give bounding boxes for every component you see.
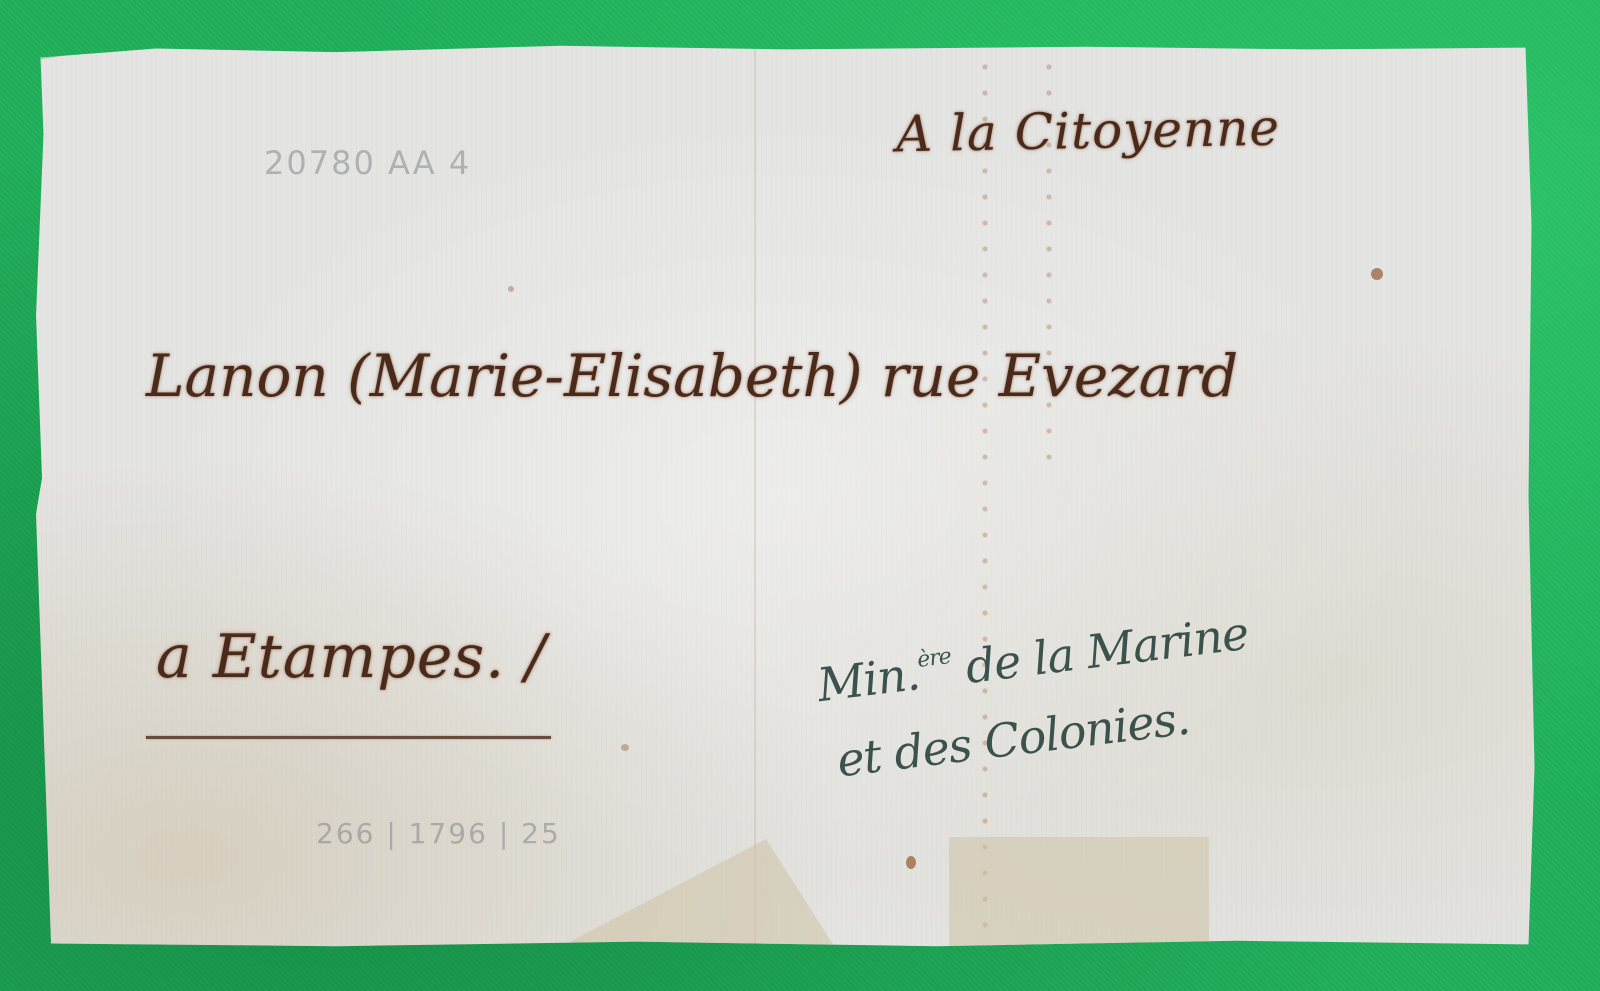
letter-cover: 20780 AA 4 266 | 1796 | 25 A la Citoyenn…: [36, 44, 1536, 948]
stamp-prefix: Min.: [814, 646, 922, 712]
ministry-stamp-line2: et des Colonies.: [834, 691, 1192, 788]
address-city: a Etampes. /: [156, 622, 547, 692]
ink-spot: [621, 744, 629, 751]
pencil-note-bottom: 266 | 1796 | 25: [316, 817, 561, 850]
pencil-note-top: 20780 AA 4: [264, 144, 471, 182]
stamp-suffix: de la Marine: [949, 606, 1251, 696]
ink-spot: [1371, 268, 1383, 280]
tape-piece: [556, 839, 836, 949]
city-underline: [146, 736, 551, 739]
address-salutation: A la Citoyenne: [896, 99, 1281, 164]
ink-dot-trail: [982, 54, 988, 958]
tape-piece: [949, 837, 1209, 948]
address-recipient: Lanon (Marie-Elisabeth) rue Evezard: [146, 342, 1238, 410]
ink-spot: [508, 286, 514, 292]
ink-spot: [906, 856, 916, 869]
fold-line: [41, 11, 378, 59]
vertical-crease: [754, 44, 756, 948]
stamp-superscript: ère: [916, 644, 952, 673]
